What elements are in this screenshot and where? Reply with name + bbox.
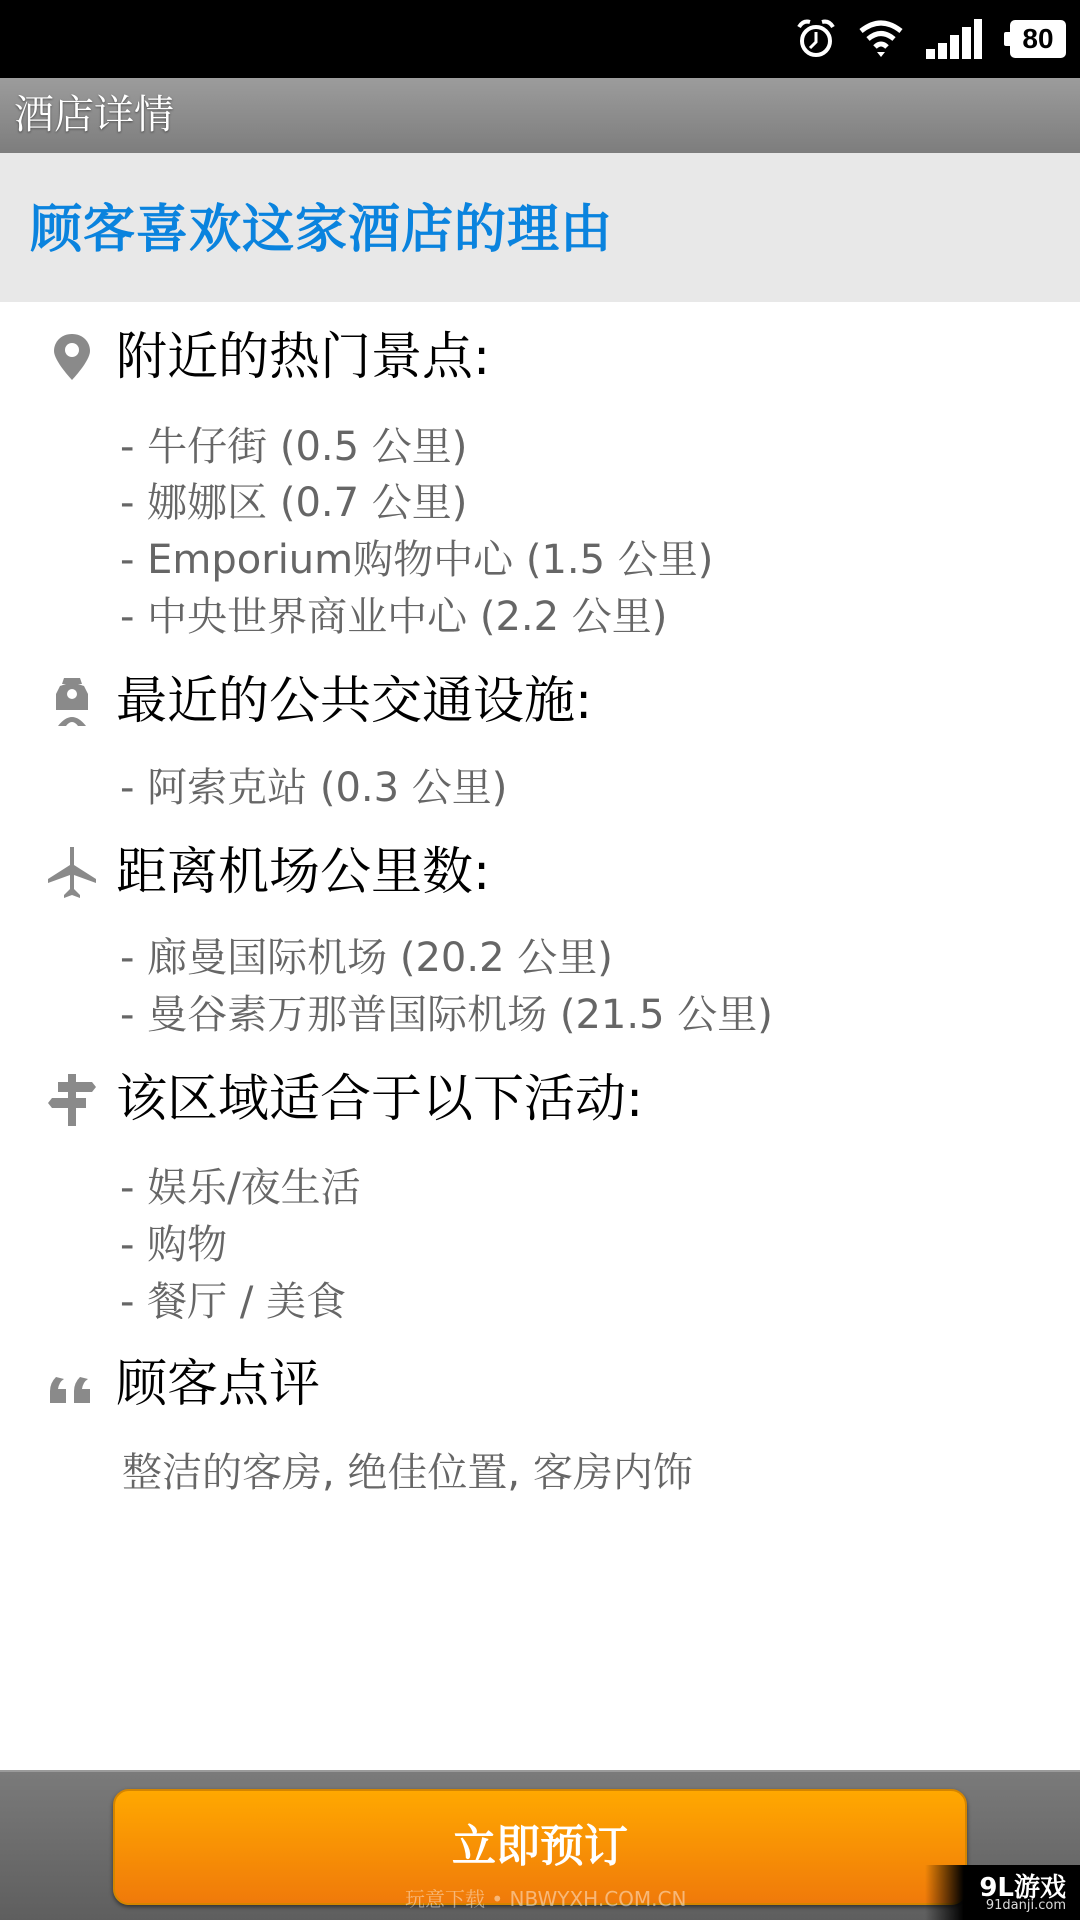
list-item: - 餐厅 / 美食 [120, 1274, 346, 1330]
battery-icon: 80 [1004, 20, 1066, 58]
signpost-icon [42, 1070, 102, 1130]
section-airport-distance: 距离机场公里数: [0, 833, 1080, 913]
list-item: - 阿索克站 (0.3 公里) [120, 760, 507, 816]
signal-icon [926, 19, 982, 59]
alarm-icon [796, 18, 836, 60]
section-public-transport: 最近的公共交通设施: [0, 662, 1080, 742]
list-item: - 娜娜区 (0.7 公里) [120, 475, 467, 531]
quote-icon [42, 1355, 102, 1415]
section-header-label: 附近的热门景点: [116, 318, 490, 398]
airplane-icon [42, 843, 102, 903]
section-guest-reviews: 顾客点评 [0, 1345, 1080, 1425]
status-bar: 80 [0, 0, 1080, 78]
page-title: 酒店详情 [14, 78, 174, 153]
review-summary: 整洁的客房, 绝佳位置, 客房内饰 [122, 1445, 693, 1501]
battery-level: 80 [1010, 20, 1066, 58]
section-nearby-attractions: 附近的热门景点: [0, 318, 1080, 398]
section-header-label: 顾客点评 [116, 1345, 320, 1425]
status-icons: 80 [796, 16, 1066, 62]
section-header-label: 最近的公共交通设施: [116, 662, 592, 742]
list-item: - Emporium购物中心 (1.5 公里) [120, 532, 713, 588]
train-icon [42, 672, 102, 732]
list-item: - 娱乐/夜生活 [120, 1160, 361, 1216]
watermark-text: 玩意下载 • NBWYXH.COM.CN [405, 1883, 686, 1912]
wifi-icon [858, 19, 904, 59]
banner-headline: 顾客喜欢这家酒店的理由 [30, 153, 613, 302]
reasons-banner: 顾客喜欢这家酒店的理由 [0, 153, 1080, 302]
section-activities: 该区域适合于以下活动: [0, 1060, 1080, 1140]
title-bar: 酒店详情 [0, 78, 1080, 153]
watermark-logo-url: 91danji.com [986, 1898, 1066, 1913]
list-item: - 廊曼国际机场 (20.2 公里) [120, 930, 613, 986]
section-header-label: 距离机场公里数: [116, 833, 490, 913]
list-item: - 中央世界商业中心 (2.2 公里) [120, 589, 667, 645]
section-header-label: 该区域适合于以下活动: [116, 1060, 643, 1140]
map-pin-icon [42, 328, 102, 388]
watermark-logo: 9L游戏 91danji.com [925, 1865, 1080, 1920]
list-item: - 牛仔街 (0.5 公里) [120, 419, 467, 475]
list-item: - 购物 [120, 1217, 227, 1273]
list-item: - 曼谷素万那普国际机场 (21.5 公里) [120, 987, 773, 1043]
